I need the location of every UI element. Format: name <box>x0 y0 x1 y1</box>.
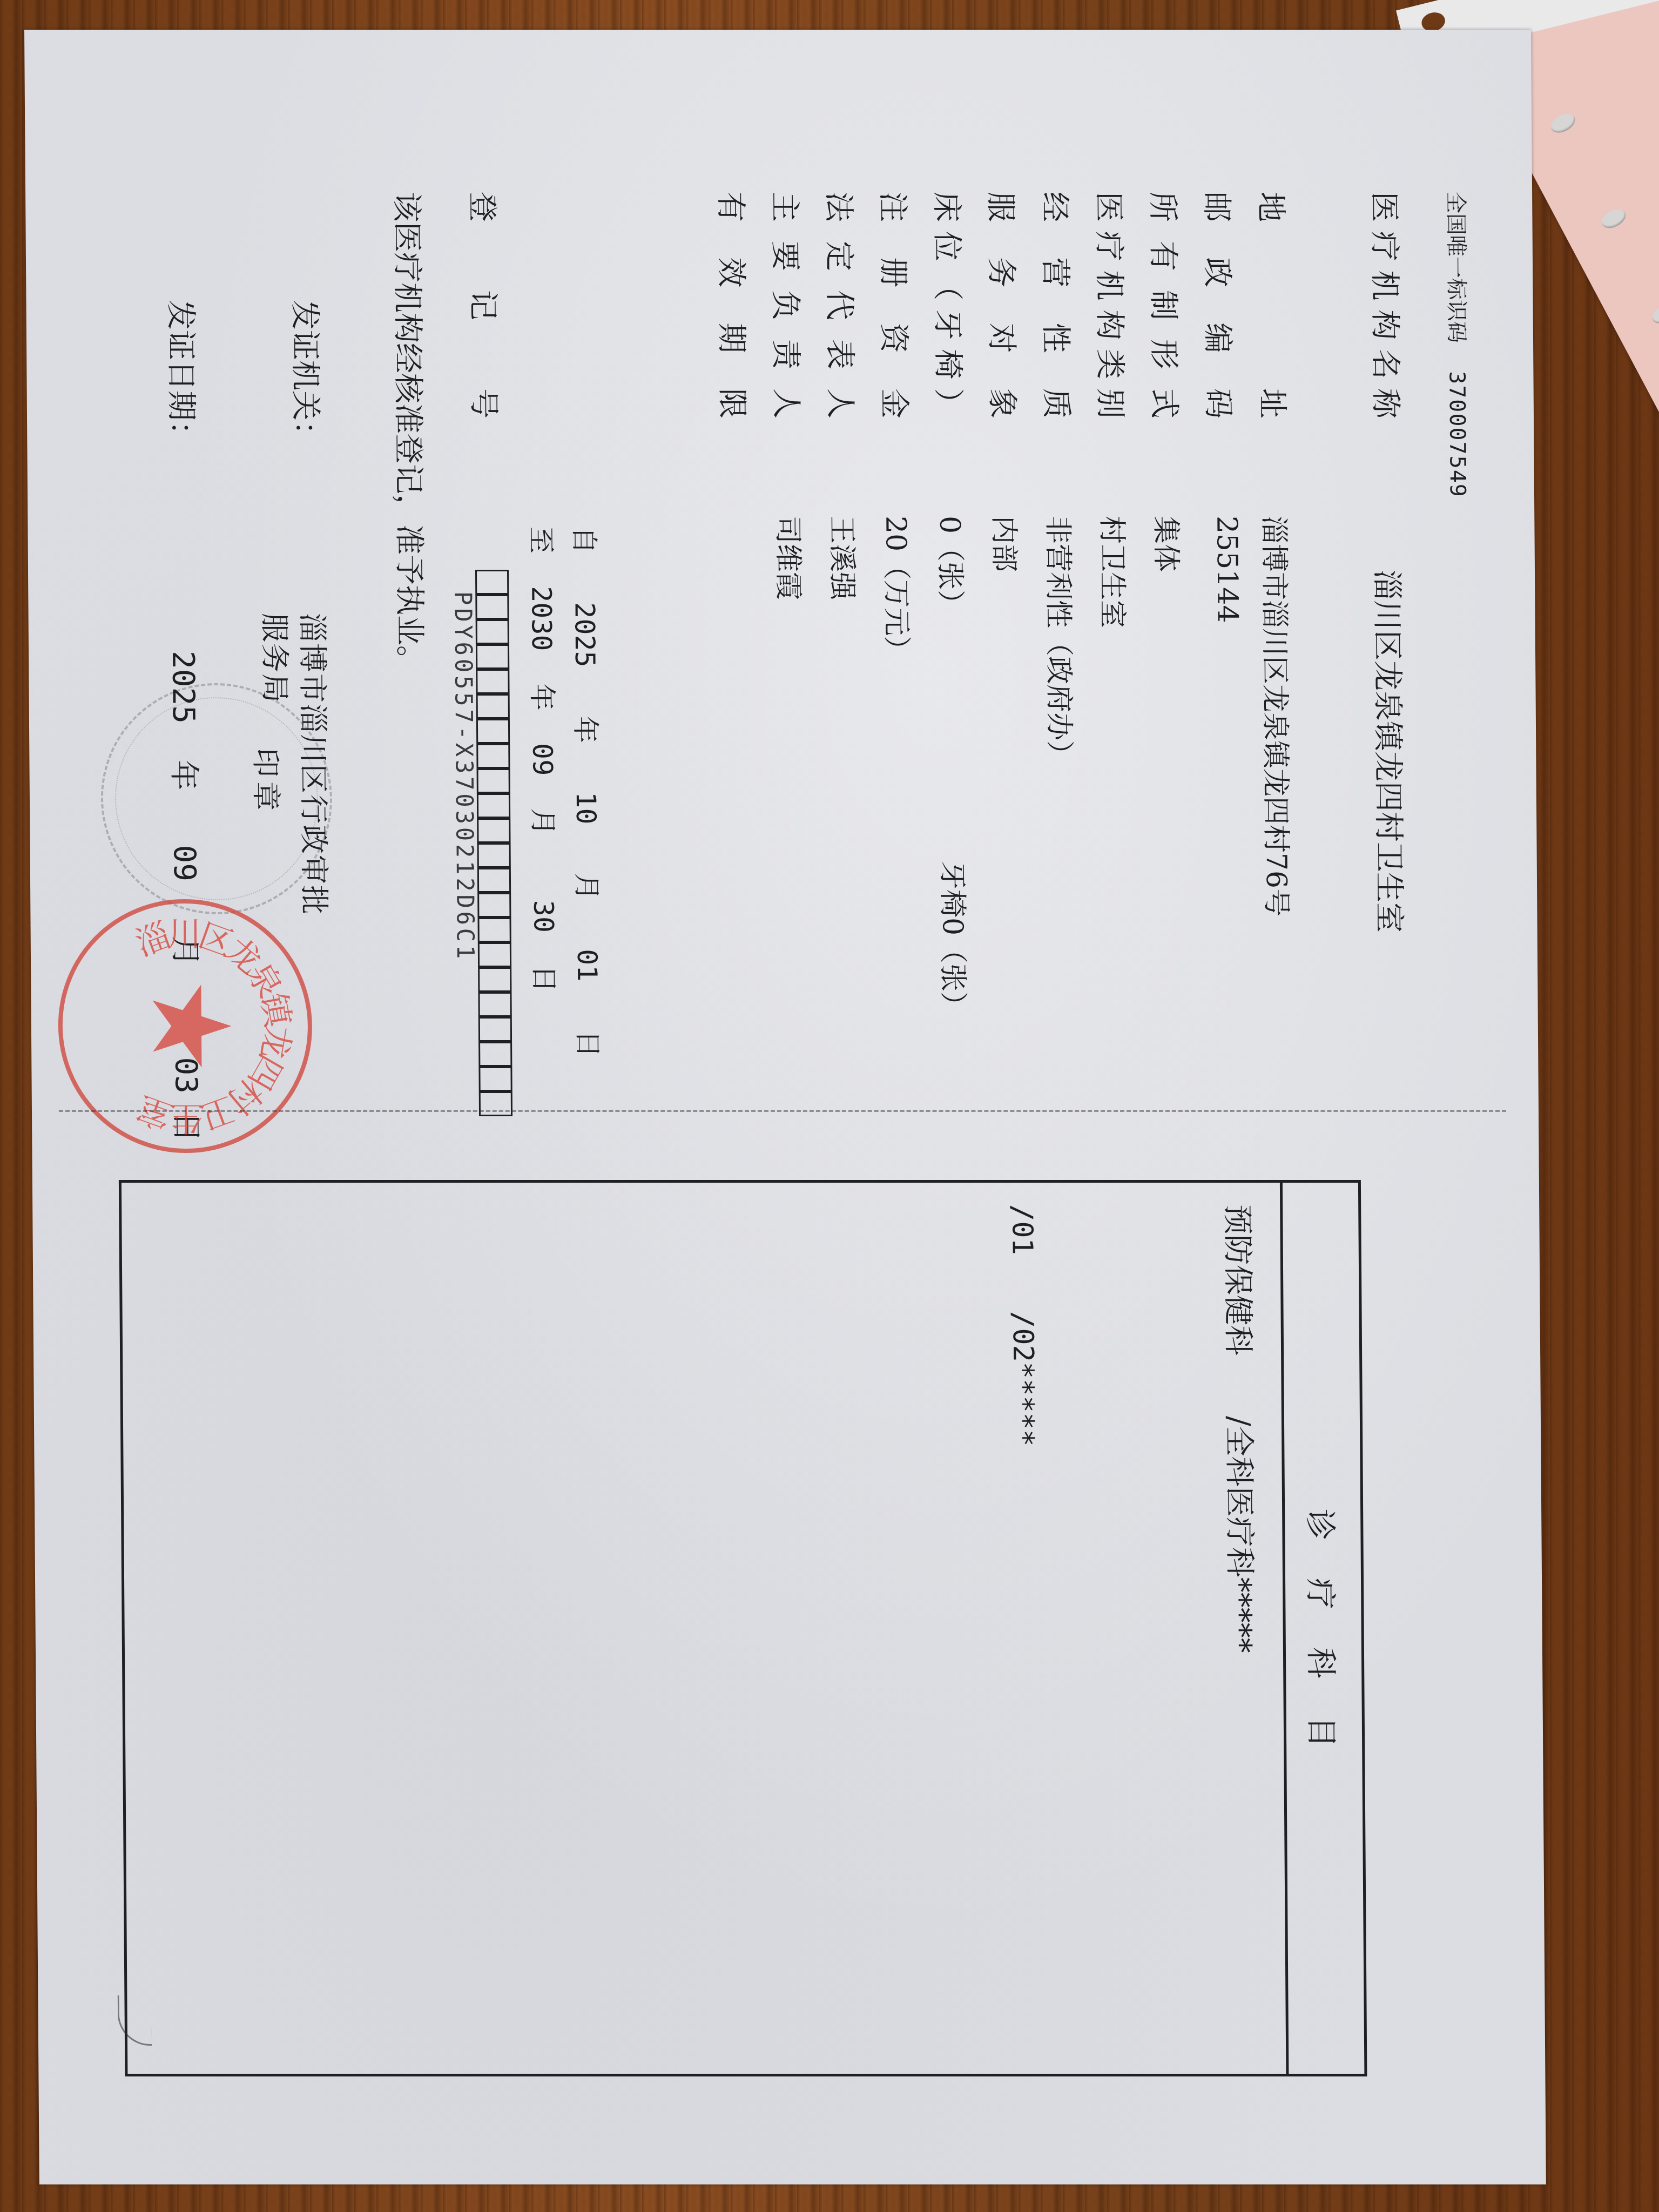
field-label: 医疗机构名称 <box>1365 192 1410 419</box>
subjects-line: 预防保健科 /全科医疗科***** <box>1218 1204 1264 1653</box>
field-value: 0（张） <box>932 516 973 618</box>
field-row: 登记号 <box>463 192 508 419</box>
field-row: 医疗机构名称 <box>1365 192 1410 419</box>
institution-red-seal: ★ 淄川区龙泉镇龙四村卫生室 <box>57 899 313 1153</box>
field-label: 地址 <box>1251 192 1296 419</box>
corner-mark <box>117 1995 152 2046</box>
field-value: 司维霞 <box>770 516 811 600</box>
registration-box <box>477 818 510 843</box>
license-fields: 医疗机构名称地址邮政编码所有制形式医疗机构类别经营性质服务对象床位（牙椅）注册资… <box>1531 30 1546 2184</box>
field-row: 床位（牙椅） <box>927 192 972 419</box>
star-icon: ★ <box>136 977 244 1074</box>
field-value: 20（万元） <box>878 516 920 664</box>
registration-box <box>476 669 509 694</box>
validity-from: 自 2025 年 10 月 01 日 <box>567 527 609 1057</box>
field-value: 非营利性（政府办） <box>1040 516 1082 768</box>
field-row: 所有制形式 <box>1143 192 1188 419</box>
field-value: 淄博市淄川区龙泉镇龙四村76号 <box>1256 516 1299 916</box>
issuer-seal-text: 印章 <box>247 748 289 815</box>
field-value: 集体 <box>1148 516 1189 572</box>
diagnosis-subjects-panel: 诊疗科目 预防保健科 /全科医疗科***** /01 /02***** <box>119 1180 1367 2076</box>
subjects-header: 诊疗科目 <box>1280 1183 1365 2074</box>
registration-number: PDY60557-X37030212D6C1 <box>449 591 479 962</box>
field-row: 服务对象 <box>981 192 1026 419</box>
field-row: 地址 <box>1251 192 1296 419</box>
field-value: 255144 <box>1210 516 1243 623</box>
uid-value: 370007549 <box>1444 371 1470 498</box>
registration-box <box>477 843 511 868</box>
field-value: 淄川区龙泉镇龙四村卫生室 <box>1367 570 1413 933</box>
registration-boxes <box>475 570 512 1116</box>
registration-box <box>479 1091 512 1116</box>
registration-box <box>477 918 511 942</box>
registration-box <box>476 694 510 719</box>
subjects-codes-line: /01 /02***** <box>1004 1204 1047 1446</box>
photo-frame: 全国唯一标识码 370007549 医疗机构名称地址邮政编码所有制形式医疗机构类… <box>0 0 1659 2212</box>
field-label: 医疗机构类别 <box>1089 192 1134 419</box>
issue-date-label: 发证日期： <box>161 300 205 451</box>
field-label: 邮政编码 <box>1197 192 1242 419</box>
registration-box <box>477 868 511 893</box>
field-label: 服务对象 <box>981 192 1026 419</box>
unique-identifier: 全国唯一标识码 370007549 <box>1442 192 1475 498</box>
approval-statement: 该医疗机构经核准登记，准予执业。 <box>387 192 434 676</box>
uid-label: 全国唯一标识码 <box>1443 192 1469 343</box>
registration-box <box>476 744 510 768</box>
registration-box <box>476 644 509 669</box>
medical-institution-license: 全国唯一标识码 370007549 医疗机构名称地址邮政编码所有制形式医疗机构类… <box>24 30 1546 2184</box>
field-row: 有效期限 <box>711 192 756 419</box>
field-label: 注册资金 <box>873 192 918 419</box>
registration-box <box>477 768 510 793</box>
registration-box <box>475 570 509 595</box>
field-value: 王溪强 <box>824 516 865 600</box>
field-row: 医疗机构类别 <box>1089 192 1134 419</box>
registration-box <box>478 967 511 992</box>
registration-box <box>476 719 510 744</box>
field-value: 村卫生室 <box>1094 516 1135 628</box>
field-value-extra: 牙椅0（张） <box>935 861 976 1020</box>
field-row: 邮政编码 <box>1197 192 1242 419</box>
field-label: 经营性质 <box>1035 192 1080 419</box>
field-row: 主要负责人 <box>765 192 810 419</box>
issuer-label: 发证机关： <box>285 300 329 451</box>
validity-to: 至 2030 年 09 月 30 日 <box>523 527 565 992</box>
field-label: 所有制形式 <box>1143 192 1188 419</box>
registration-box <box>477 793 510 818</box>
field-row: 法定代表人 <box>819 192 864 419</box>
fold-line <box>59 1110 1506 1112</box>
field-label: 法定代表人 <box>819 192 864 419</box>
registration-box <box>478 1017 512 1042</box>
field-label: 床位（牙椅） <box>927 192 972 419</box>
field-row: 注册资金 <box>873 192 918 419</box>
field-label: 有效期限 <box>711 192 756 419</box>
registration-box <box>478 1042 512 1067</box>
field-label: 主要负责人 <box>765 192 810 419</box>
field-value: 内部 <box>986 516 1027 572</box>
registration-box <box>477 893 511 918</box>
registration-box <box>476 619 509 644</box>
registration-box <box>478 992 511 1017</box>
registration-box <box>478 942 511 967</box>
registration-box <box>475 595 509 619</box>
field-row: 经营性质 <box>1035 192 1080 419</box>
registration-box <box>478 1067 512 1091</box>
field-label: 登记号 <box>463 192 508 419</box>
